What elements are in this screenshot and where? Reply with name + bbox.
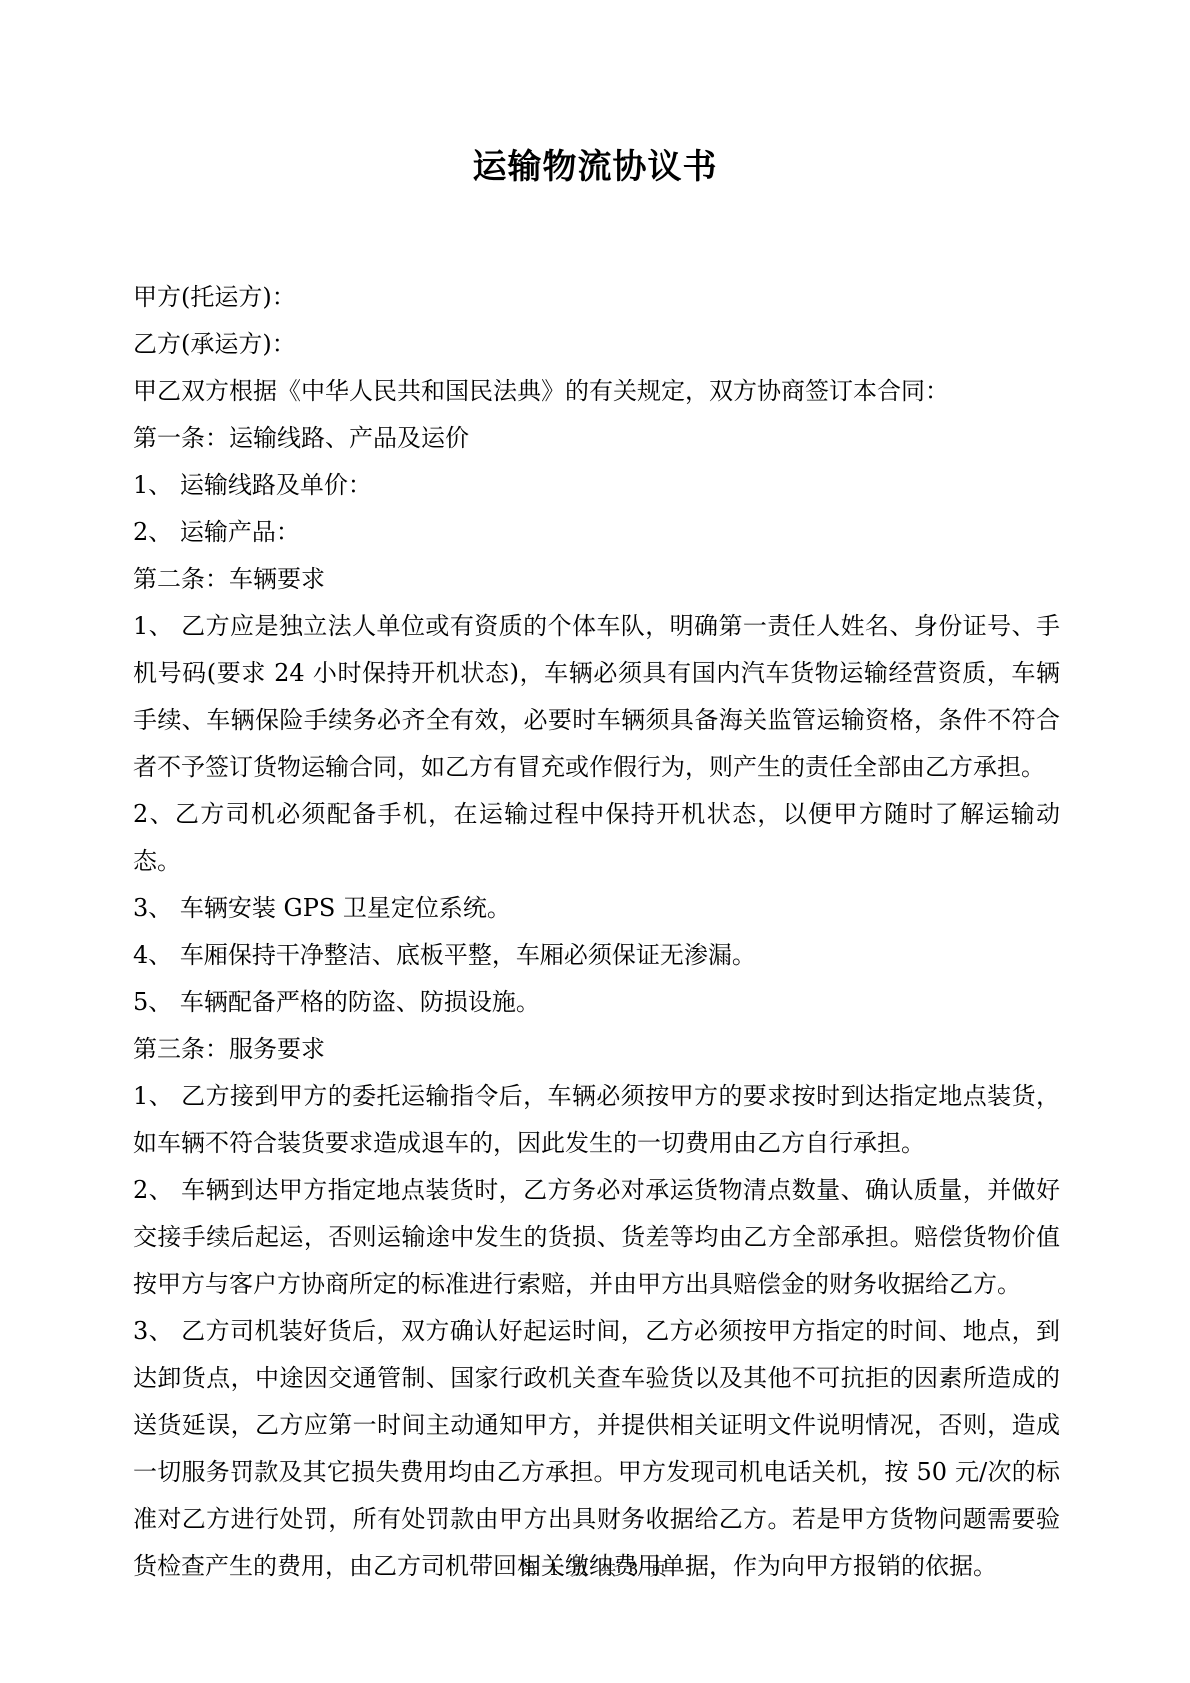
heading-article-2: 第二条：车辆要求 [133, 556, 1060, 603]
document-title: 运输物流协议书 [0, 143, 1190, 191]
heading-article-3: 第三条：服务要求 [133, 1026, 1060, 1073]
article-2-item-5: 5、 车辆配备严格的防盗、防损设施。 [133, 979, 1060, 1026]
article-1-item-2: 2、 运输产品： [133, 509, 1060, 556]
page-number-footer: 第 1 页 共 3 页 [0, 1558, 1190, 1582]
heading-article-1: 第一条：运输线路、产品及运价 [133, 415, 1060, 462]
article-1-item-1: 1、 运输线路及单价： [133, 462, 1060, 509]
document-page: 运输物流协议书 甲方(托运方)： 乙方(承运方)： 甲乙双方根据《中华人民共和国… [0, 0, 1190, 1683]
article-2-item-4: 4、 车厢保持干净整洁、底板平整，车厢必须保证无渗漏。 [133, 932, 1060, 979]
article-3-item-2: 2、 车辆到达甲方指定地点装货时，乙方务必对承运货物清点数量、确认质量，并做好交… [133, 1167, 1060, 1308]
article-3-item-1: 1、 乙方接到甲方的委托运输指令后，车辆必须按甲方的要求按时到达指定地点装货，如… [133, 1073, 1060, 1167]
paragraph-party-a: 甲方(托运方)： [133, 274, 1060, 321]
document-body: 甲方(托运方)： 乙方(承运方)： 甲乙双方根据《中华人民共和国民法典》的有关规… [133, 274, 1060, 1590]
paragraph-party-b: 乙方(承运方)： [133, 321, 1060, 368]
article-2-item-1: 1、 乙方应是独立法人单位或有资质的个体车队，明确第一责任人姓名、身份证号、手机… [133, 603, 1060, 791]
article-2-item-3: 3、 车辆安装 GPS 卫星定位系统。 [133, 885, 1060, 932]
paragraph-preamble: 甲乙双方根据《中华人民共和国民法典》的有关规定，双方协商签订本合同： [133, 368, 1060, 415]
article-3-item-3: 3、 乙方司机装好货后，双方确认好起运时间，乙方必须按甲方指定的时间、地点，到达… [133, 1308, 1060, 1590]
article-2-item-2: 2、乙方司机必须配备手机，在运输过程中保持开机状态，以便甲方随时了解运输动态。 [133, 791, 1060, 885]
